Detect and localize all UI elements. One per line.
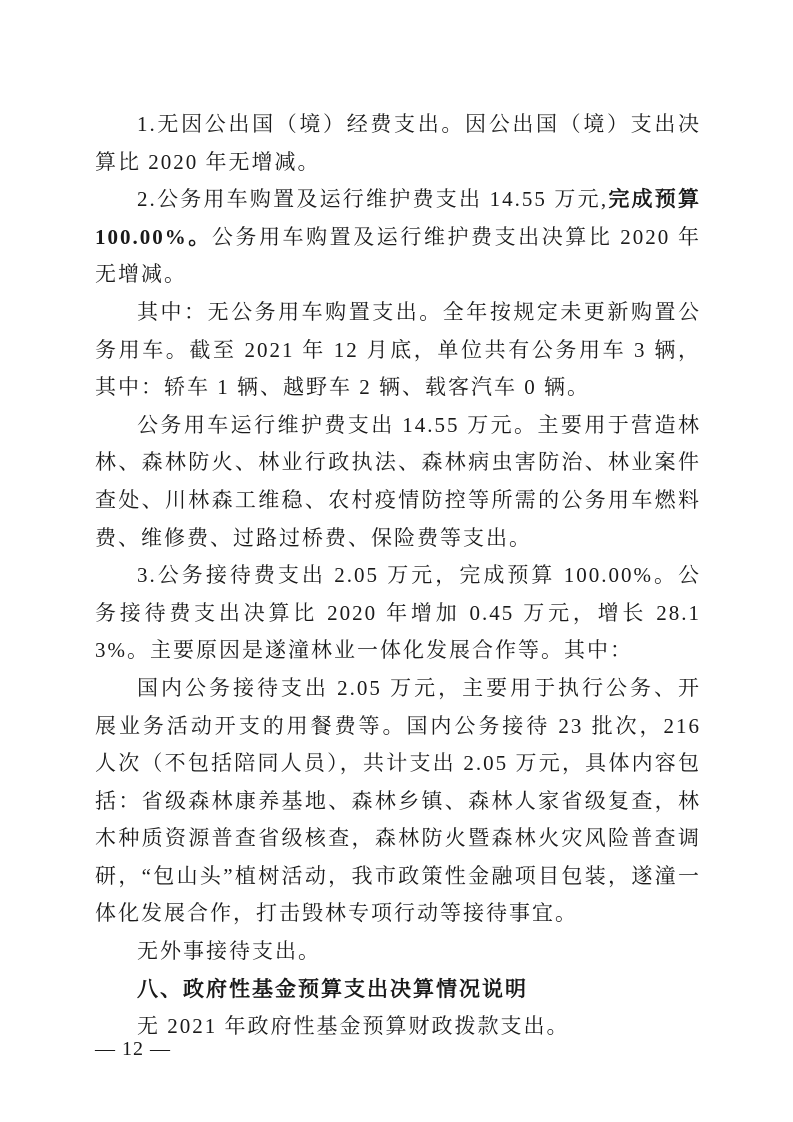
paragraph-vehicle-total: 2.公务用车购置及运行维护费支出 14.55 万元,完成预算 100.00%。公…: [95, 181, 701, 294]
section-heading-gov-fund: 八、政府性基金预算支出决算情况说明: [95, 971, 701, 1009]
paragraph-reception-domestic: 国内公务接待支出 2.05 万元，主要用于执行公务、开展业务活动开支的用餐费等。…: [95, 670, 701, 933]
page-footer: — 12 —: [95, 1038, 171, 1061]
document-page: 1.无因公出国（境）经费支出。因公出国（境）支出决算比 2020 年无增减。 2…: [0, 0, 793, 1122]
paragraph-reception-total: 3.公务接待费支出 2.05 万元，完成预算 100.00%。公务接待费支出决算…: [95, 557, 701, 670]
page-number: — 12 —: [95, 1038, 171, 1060]
vehicle-total-run-regular-1: 2.公务用车购置及运行维护费支出 14.55 万元,: [137, 187, 608, 211]
paragraph-reception-foreign: 无外事接待支出。: [95, 933, 701, 971]
paragraph-vehicle-maintenance: 公务用车运行维护费支出 14.55 万元。主要用于营造林林、森林防火、林业行政执…: [95, 407, 701, 557]
paragraph-vehicle-purchase: 其中：无公务用车购置支出。全年按规定未更新购置公务用车。截至 2021 年 12…: [95, 294, 701, 407]
document-body: 1.无因公出国（境）经费支出。因公出国（境）支出决算比 2020 年无增减。 2…: [95, 106, 701, 1046]
paragraph-abroad-expense: 1.无因公出国（境）经费支出。因公出国（境）支出决算比 2020 年无增减。: [95, 106, 701, 181]
paragraph-gov-fund: 无 2021 年政府性基金预算财政拨款支出。: [95, 1008, 701, 1046]
